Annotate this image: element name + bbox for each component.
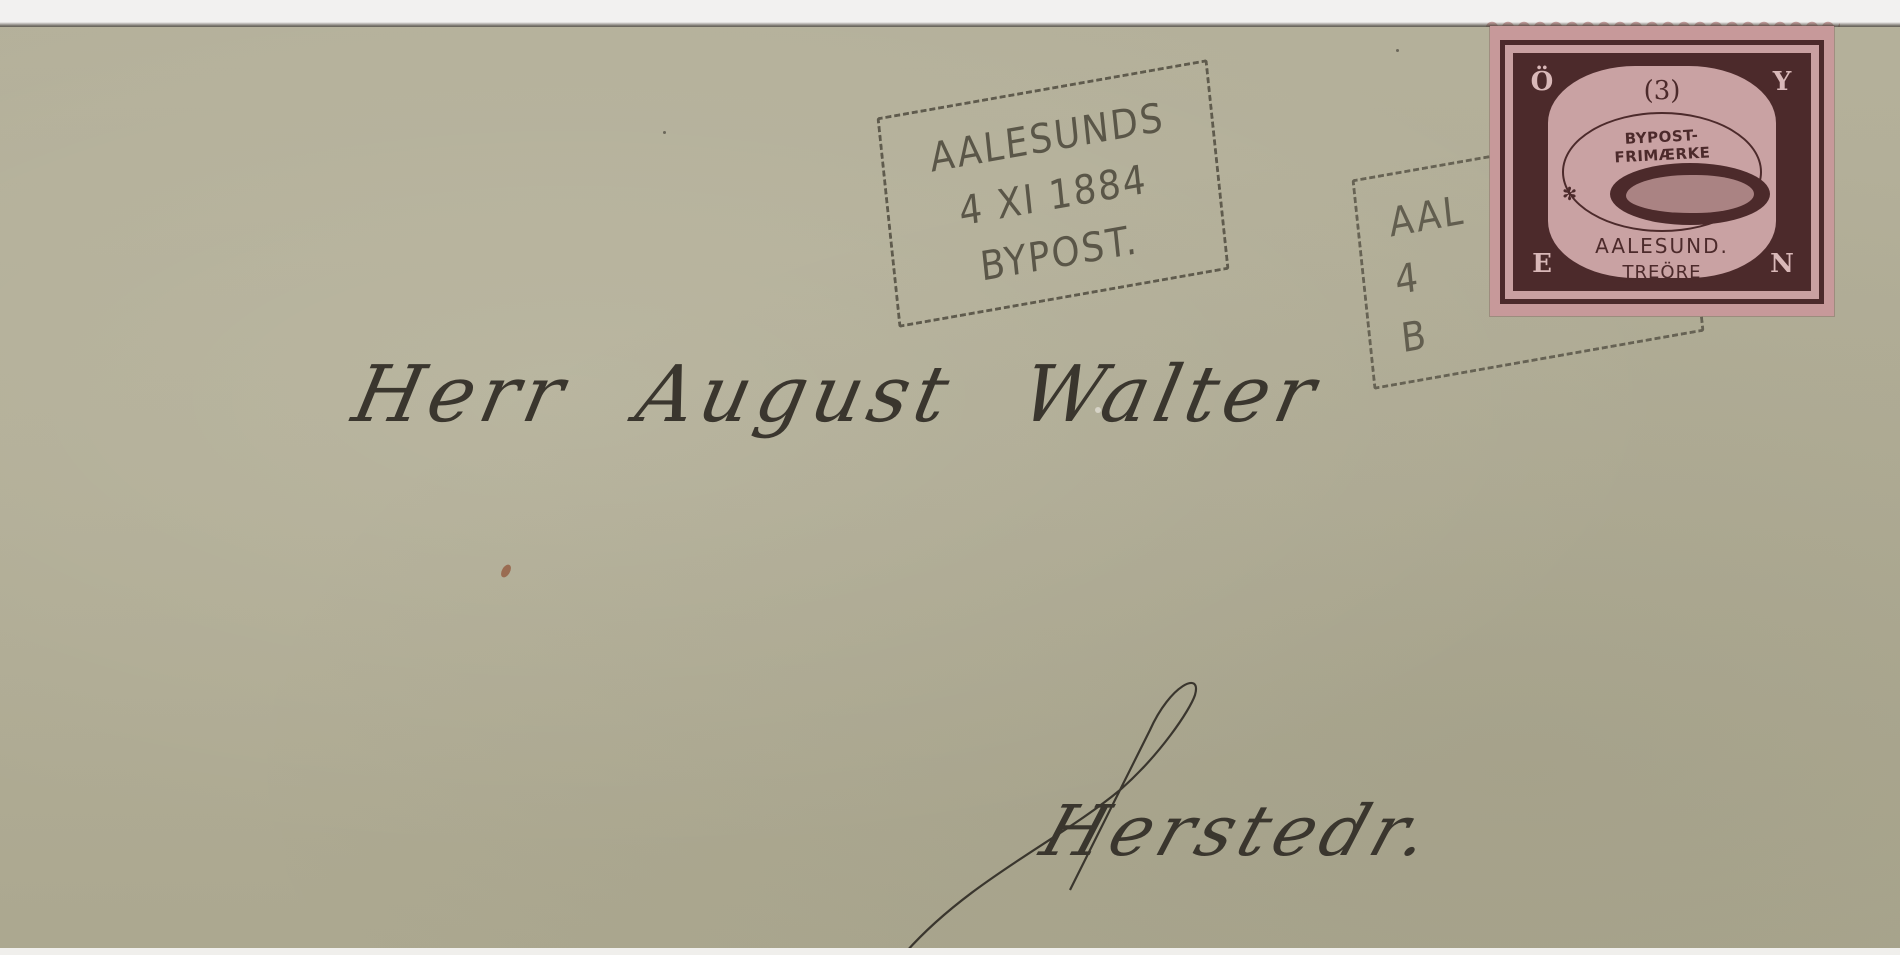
envelope-bottom-edge — [0, 948, 1900, 955]
stamp-cartouche: (3) BYPOST-FRIMÆRKE ✻ ✻ AALESUND. TREÖRE — [1545, 63, 1779, 281]
handwritten-destination: Herstedr. — [1032, 790, 1447, 872]
paper-speck — [499, 563, 513, 579]
stamp-city: AALESUND. — [1588, 234, 1736, 258]
handwritten-addressee: Herr August Walter — [345, 350, 1328, 440]
rosette-icon: ✻ — [1562, 184, 1577, 205]
paper-speck — [663, 131, 666, 134]
stamp-vignette — [1610, 163, 1770, 225]
fish-icon — [1626, 175, 1754, 213]
stamp-value: (3) — [1548, 76, 1776, 106]
stamp-frame: Ö Y E N (3) BYPOST-FRIMÆRKE ✻ ✻ AALESUND… — [1500, 40, 1824, 304]
postage-stamp: Ö Y E N (3) BYPOST-FRIMÆRKE ✻ ✻ AALESUND… — [1490, 26, 1834, 316]
stamp-inner-border: Ö Y E N (3) BYPOST-FRIMÆRKE ✻ ✻ AALESUND… — [1513, 53, 1811, 291]
stamp-corner-letter: E — [1523, 247, 1561, 281]
stamp-corner-letter: N — [1763, 247, 1801, 281]
stamp-denomination: TREÖRE — [1588, 262, 1736, 283]
paper-speck — [1396, 49, 1399, 52]
